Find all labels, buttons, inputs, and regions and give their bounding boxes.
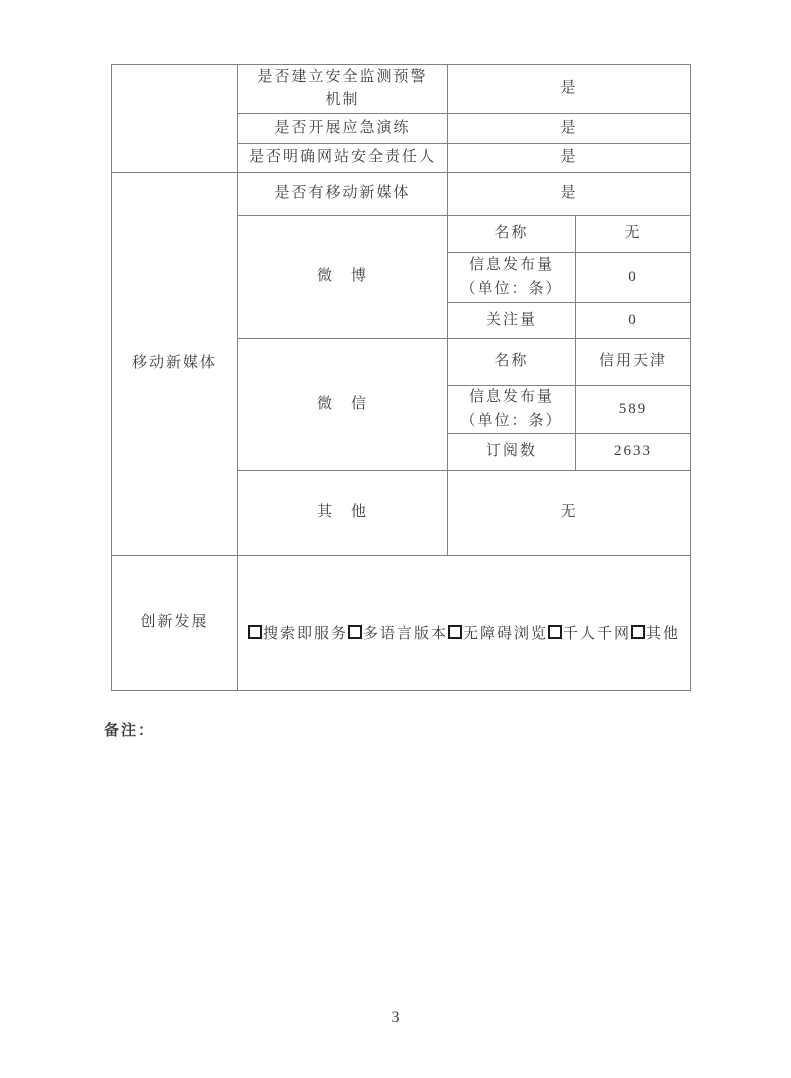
weibo-name-label: 名称 [448,216,576,253]
weibo-name-value: 无 [576,216,691,253]
emergency-drill-label: 是否开展应急演练 [238,114,448,144]
security-officer-value: 是 [448,144,691,173]
weibo-followers-value: 0 [576,303,691,339]
website-report-table: 是否建立安全监测预警 机制 是 是否开展应急演练 是 是否明确网站安全责任人 是… [111,64,691,691]
innovation-section-label: 创新发展 [112,556,238,691]
security-monitoring-label: 是否建立安全监测预警 机制 [238,65,448,114]
security-monitoring-value: 是 [448,65,691,114]
weibo-posts-value: 0 [576,253,691,303]
innovation-option-label: 搜索即服务 [263,626,348,642]
other-media-label: 其 他 [238,471,448,556]
wechat-name-label: 名称 [448,339,576,386]
document-page: 是否建立安全监测预警 机制 是 是否开展应急演练 是 是否明确网站安全责任人 是… [0,0,791,1078]
innovation-option-label: 其他 [646,626,680,642]
mobile-media-section-label: 移动新媒体 [112,173,238,556]
wechat-label: 微 信 [238,339,448,471]
wechat-subscribers-label: 订阅数 [448,434,576,471]
innovation-options-cell: 搜索即服务多语言版本无障碍浏览千人千网其他 [238,556,691,691]
has-mobile-media-value: 是 [448,173,691,216]
innovation-option-label: 多语言版本 [363,626,448,642]
weibo-label: 微 博 [238,216,448,339]
page-number: 3 [0,1009,791,1027]
innovation-option-label: 无障碍浏览 [463,626,548,642]
table-row: 移动新媒体 是否有移动新媒体 是 [112,173,691,216]
innovation-option-label: 千人千网 [563,626,631,642]
wechat-subscribers-value: 2633 [576,434,691,471]
empty-section-cell [112,65,238,173]
weibo-followers-label: 关注量 [448,303,576,339]
table-row: 创新发展 搜索即服务多语言版本无障碍浏览千人千网其他 [112,556,691,691]
wechat-posts-label: 信息发布量 （单位：条） [448,386,576,434]
wechat-posts-value: 589 [576,386,691,434]
checkbox-icon-multilanguage [348,625,362,639]
notes-label: 备注： [104,719,155,740]
table-row: 是否建立安全监测预警 机制 是 [112,65,691,114]
emergency-drill-value: 是 [448,114,691,144]
checkbox-icon-personalized [548,625,562,639]
has-mobile-media-label: 是否有移动新媒体 [238,173,448,216]
wechat-name-value: 信用天津 [576,339,691,386]
other-media-value: 无 [448,471,691,556]
security-officer-label: 是否明确网站安全责任人 [238,144,448,173]
weibo-posts-label: 信息发布量 （单位：条） [448,253,576,303]
checkbox-icon-accessibility [448,625,462,639]
checkbox-icon-search-service [248,625,262,639]
checkbox-icon-other [631,625,645,639]
